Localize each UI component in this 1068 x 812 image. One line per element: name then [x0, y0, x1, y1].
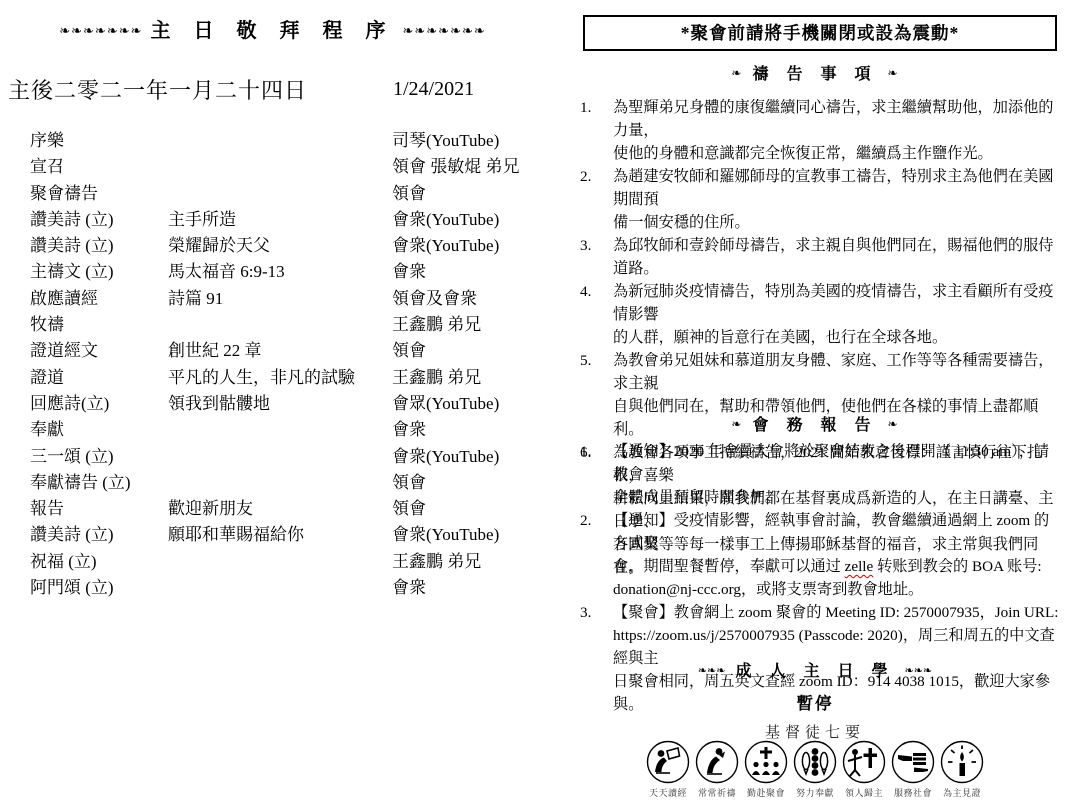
- sunday-school-status: 暫停: [580, 690, 1050, 714]
- announcement-item-text: 【通知】受疫情影響，經執事會討論，教會繼續通過網上 zoom 的方式聚會，期間聖…: [613, 509, 1064, 601]
- announcements-header-text: 會 務 報 告: [752, 417, 877, 434]
- program-item-label: 宣召: [30, 154, 168, 180]
- program-item-who: 會衆: [392, 417, 560, 443]
- program-item-label: 證道經文: [30, 338, 168, 364]
- program-item-content: [168, 549, 392, 575]
- donation-email-text: donation@nj-ccc.org，或將支票寄到教會地址。: [613, 581, 923, 598]
- program-item-who: 會衆(YouTube): [392, 207, 560, 233]
- program-row: 主禱文 (立) 馬太福音 6:9-13 會衆: [30, 259, 560, 285]
- program-item-label: 序樂: [30, 128, 168, 154]
- program-row: 報告 歡迎新朋友 領會: [30, 496, 560, 522]
- program-item-who: 領會: [392, 470, 560, 496]
- date-numeric: 1/24/2021: [393, 78, 474, 101]
- page-title: ❧❧❧❧❧❧❧主 日 敬 拜 程 序❧❧❧❧❧❧❧: [0, 14, 545, 43]
- christian-seven-title: 基督徒七要: [580, 721, 1050, 742]
- seven-item-label: 服務社會: [890, 786, 937, 799]
- prayer-item-text: 為邱牧師和壹鈴師母禱告，求主親自與他們同在，賜福他們的服侍道路。: [613, 234, 1064, 280]
- program-row: 證道經文 創世紀 22 章 領會: [30, 338, 560, 364]
- announcements-section-header: ❧會 務 報 告❧: [580, 412, 1050, 435]
- scroll-ornament-icon: ❧❧❧: [698, 665, 726, 677]
- program-item-label: 牧禱: [30, 312, 168, 338]
- program-item-content: [168, 181, 392, 207]
- program-item-label: 奉獻禱告 (立): [30, 470, 168, 496]
- prayer-item: 4. 為新冠肺炎疫情禱告，特別為美國的疫情禱告，求主看顧所有受疫情影響 的人群，…: [578, 280, 1064, 349]
- program-item-content: 願耶和華賜福給你: [168, 522, 392, 548]
- scroll-ornament-icon: ❧: [731, 66, 742, 80]
- seven-item-label: 努力奉獻: [792, 786, 839, 799]
- witness-icon: [940, 740, 984, 784]
- program-item-content: 平凡的人生，非凡的試驗: [168, 365, 392, 391]
- program-item-label: 奉獻: [30, 417, 168, 443]
- prayer-item: 3. 為邱牧師和壹鈴師母禱告，求主親自與他們同在，賜福他們的服侍道路。: [578, 234, 1064, 280]
- program-item-label: 啟應讀經: [30, 286, 168, 312]
- program-row: 啟應讀經 詩篇 91 領會及會衆: [30, 286, 560, 312]
- prayer-item: 1. 為聖輝弟兄身體的康復繼續同心禱告，求主繼續幫助他，加添他的力量， 使他的身…: [578, 96, 1064, 165]
- program-item-content: 領我到骷髏地: [168, 391, 392, 417]
- program-item-who: 會衆: [392, 575, 560, 601]
- program-item-label: 證道: [30, 365, 168, 391]
- program-item-content: [168, 417, 392, 443]
- program-item-who: 領會及會衆: [392, 286, 560, 312]
- program-item-content: [168, 154, 392, 180]
- seven-item-label: 為主見證: [939, 786, 986, 799]
- sunday-school-header: ❧❧❧成 人 主 日 學❧❧❧: [580, 658, 1050, 681]
- program-item-content: [168, 444, 392, 470]
- seven-item-label: 天天讀經: [645, 786, 692, 799]
- program-item-content: [168, 128, 392, 154]
- program-item-who: 司琴(YouTube): [392, 128, 560, 154]
- program-row: 宣召 領會 張敏焜 弟兄: [30, 154, 560, 180]
- attend-icon: [744, 740, 788, 784]
- program-item-label: 讚美詩 (立): [30, 233, 168, 259]
- seven-item: 努力奉獻: [792, 740, 839, 799]
- seven-item: 服務社會: [890, 740, 937, 799]
- phone-notice-box: *聚會前請將手機關閉或設為震動*: [583, 15, 1057, 51]
- program-item-content: 歡迎新朋友: [168, 496, 392, 522]
- program-row: 證道 平凡的人生，非凡的試驗 王鑫鵬 弟兄: [30, 365, 560, 391]
- prayer-item-text: 為聖輝弟兄身體的康復繼續同心禱告，求主繼續幫助他，加添他的力量， 使他的身體和意…: [613, 96, 1064, 165]
- item-number: 3.: [578, 234, 613, 280]
- program-item-label: 回應詩(立): [30, 391, 168, 417]
- right-column: *聚會前請將手機關閉或設為震動* ❧禱 告 事 項❧ 1. 為聖輝弟兄身體的康復…: [576, 0, 1068, 812]
- prayer-item: 2. 為趙建安牧師和羅娜師母的宣教事工禱告，特別求主為他們在美國期間預 備一個安…: [578, 165, 1064, 234]
- program-item-who: 王鑫鵬 弟兄: [392, 549, 560, 575]
- announcement-item: 1. 【通知】2020 年會員大會將於聚會結束之後召開（ 11:30 am），請…: [578, 440, 1064, 509]
- seven-item-label: 領人歸主: [841, 786, 888, 799]
- program-row: 讚美詩 (立) 願耶和華賜福給你 會衆(YouTube): [30, 522, 560, 548]
- seven-item: 勤赴聚會: [743, 740, 790, 799]
- program-item-label: 三一頌 (立): [30, 444, 168, 470]
- serve-icon: [891, 740, 935, 784]
- program-row: 阿門頌 (立) 會衆: [30, 575, 560, 601]
- announcement-line: 會，期間聖餐暫停，奉獻可以通过: [613, 558, 845, 575]
- program-row: 聚會禱告 領會: [30, 181, 560, 207]
- program-row: 三一頌 (立) 會衆(YouTube): [30, 444, 560, 470]
- program-row: 讚美詩 (立) 主手所造 會衆(YouTube): [30, 207, 560, 233]
- program-row: 奉獻 會衆: [30, 417, 560, 443]
- program-item-content: 詩篇 91: [168, 286, 392, 312]
- program-item-label: 聚會禱告: [30, 181, 168, 207]
- pray-icon: [695, 740, 739, 784]
- item-number: 2.: [578, 165, 613, 234]
- program-item-label: 讚美詩 (立): [30, 522, 168, 548]
- program-row: 序樂 司琴(YouTube): [30, 128, 560, 154]
- program-item-content: 創世紀 22 章: [168, 338, 392, 364]
- program-row: 牧禱 王鑫鵬 弟兄: [30, 312, 560, 338]
- offering-icon: [793, 740, 837, 784]
- program-item-who: 會衆: [392, 259, 560, 285]
- program-row: 祝福 (立) 王鑫鵬 弟兄: [30, 549, 560, 575]
- program-item-label: 讚美詩 (立): [30, 207, 168, 233]
- lead-to-lord-icon: [842, 740, 886, 784]
- seven-item: 常常祈禱: [694, 740, 741, 799]
- item-number: 1.: [578, 96, 613, 165]
- program-item-label: 報告: [30, 496, 168, 522]
- page-title-text: 主 日 敬 拜 程 序: [151, 20, 395, 42]
- program-item-who: 領會: [392, 338, 560, 364]
- program-item-label: 主禱文 (立): [30, 259, 168, 285]
- prayer-item-text: 為新冠肺炎疫情禱告，特別為美國的疫情禱告，求主看顧所有受疫情影響 的人群，願神的…: [613, 280, 1064, 349]
- christian-seven-icons-row: 天天讀經 常常祈禱: [580, 740, 1050, 799]
- program-row: 讚美詩 (立) 榮耀歸於天父 會衆(YouTube): [30, 233, 560, 259]
- program-item-content: [168, 312, 392, 338]
- program-item-content: 主手所造: [168, 207, 392, 233]
- zelle-misspelling-highlight: zelle: [845, 558, 874, 575]
- scroll-ornament-icon: ❧❧❧: [905, 665, 933, 677]
- scroll-ornament-icon: ❧: [731, 417, 742, 431]
- announcement-item-text: 【通知】2020 年會員大會將於聚會結束之後召開（ 11:30 am），請教會 …: [613, 440, 1064, 509]
- item-number: 1.: [578, 440, 613, 509]
- program-item-content: [168, 470, 392, 496]
- program-row: 回應詩(立) 領我到骷髏地 會眾(YouTube): [30, 391, 560, 417]
- bulletin-page: ❧❧❧❧❧❧❧主 日 敬 拜 程 序❧❧❧❧❧❧❧ 主後二零二一年一月二十四日 …: [0, 0, 1068, 812]
- announcement-line: 转账到教会的 BOA 账号:: [873, 558, 1041, 575]
- date-chinese: 主後二零二一年一月二十四日: [8, 74, 307, 105]
- announcement-item: 2. 【通知】受疫情影響，經執事會討論，教會繼續通過網上 zoom 的方式聚會，…: [578, 509, 1064, 601]
- item-number: 4.: [578, 280, 613, 349]
- sunday-school-header-text: 成 人 主 日 學: [735, 663, 894, 680]
- prayer-item-text: 為趙建安牧師和羅娜師母的宣教事工禱告，特別求主為他們在美國期間預 備一個安穩的住…: [613, 165, 1064, 234]
- prayer-section-header: ❧禱 告 事 項❧: [580, 61, 1050, 84]
- announcement-line: 【通知】受疫情影響，經執事會討論，教會繼續通過網上 zoom 的方式聚: [613, 512, 1049, 552]
- scroll-ornament-icon: ❧❧❧❧❧❧❧: [59, 23, 142, 38]
- program-item-content: 榮耀歸於天父: [168, 233, 392, 259]
- program-item-label: 阿門頌 (立): [30, 575, 168, 601]
- scroll-ornament-icon: ❧❧❧❧❧❧❧: [403, 23, 486, 38]
- program-item-who: 領會: [392, 181, 560, 207]
- seven-item-label: 常常祈禱: [694, 786, 741, 799]
- scroll-ornament-icon: ❧: [888, 66, 899, 80]
- program-item-who: 會眾(YouTube): [392, 391, 560, 417]
- read-bible-icon: [646, 740, 690, 784]
- item-number: 2.: [578, 509, 613, 601]
- worship-program-list: 序樂 司琴(YouTube) 宣召 領會 張敏焜 弟兄 聚會禱告 領會 讚美詩 …: [0, 128, 560, 601]
- prayer-header-text: 禱 告 事 項: [752, 66, 877, 83]
- scroll-ornament-icon: ❧: [888, 417, 899, 431]
- seven-item: 領人歸主: [841, 740, 888, 799]
- seven-item: 天天讀經: [645, 740, 692, 799]
- program-item-who: 王鑫鵬 弟兄: [392, 365, 560, 391]
- program-item-content: 馬太福音 6:9-13: [168, 259, 392, 285]
- program-item-label: 祝福 (立): [30, 549, 168, 575]
- program-item-who: 領會 張敏焜 弟兄: [392, 154, 560, 180]
- seven-item: 為主見證: [939, 740, 986, 799]
- program-item-who: 會衆(YouTube): [392, 522, 560, 548]
- program-item-who: 領會: [392, 496, 560, 522]
- program-item-who: 會衆(YouTube): [392, 444, 560, 470]
- program-item-who: 王鑫鵬 弟兄: [392, 312, 560, 338]
- program-item-content: [168, 575, 392, 601]
- program-row: 奉獻禱告 (立) 領會: [30, 470, 560, 496]
- seven-item-label: 勤赴聚會: [743, 786, 790, 799]
- program-item-who: 會衆(YouTube): [392, 233, 560, 259]
